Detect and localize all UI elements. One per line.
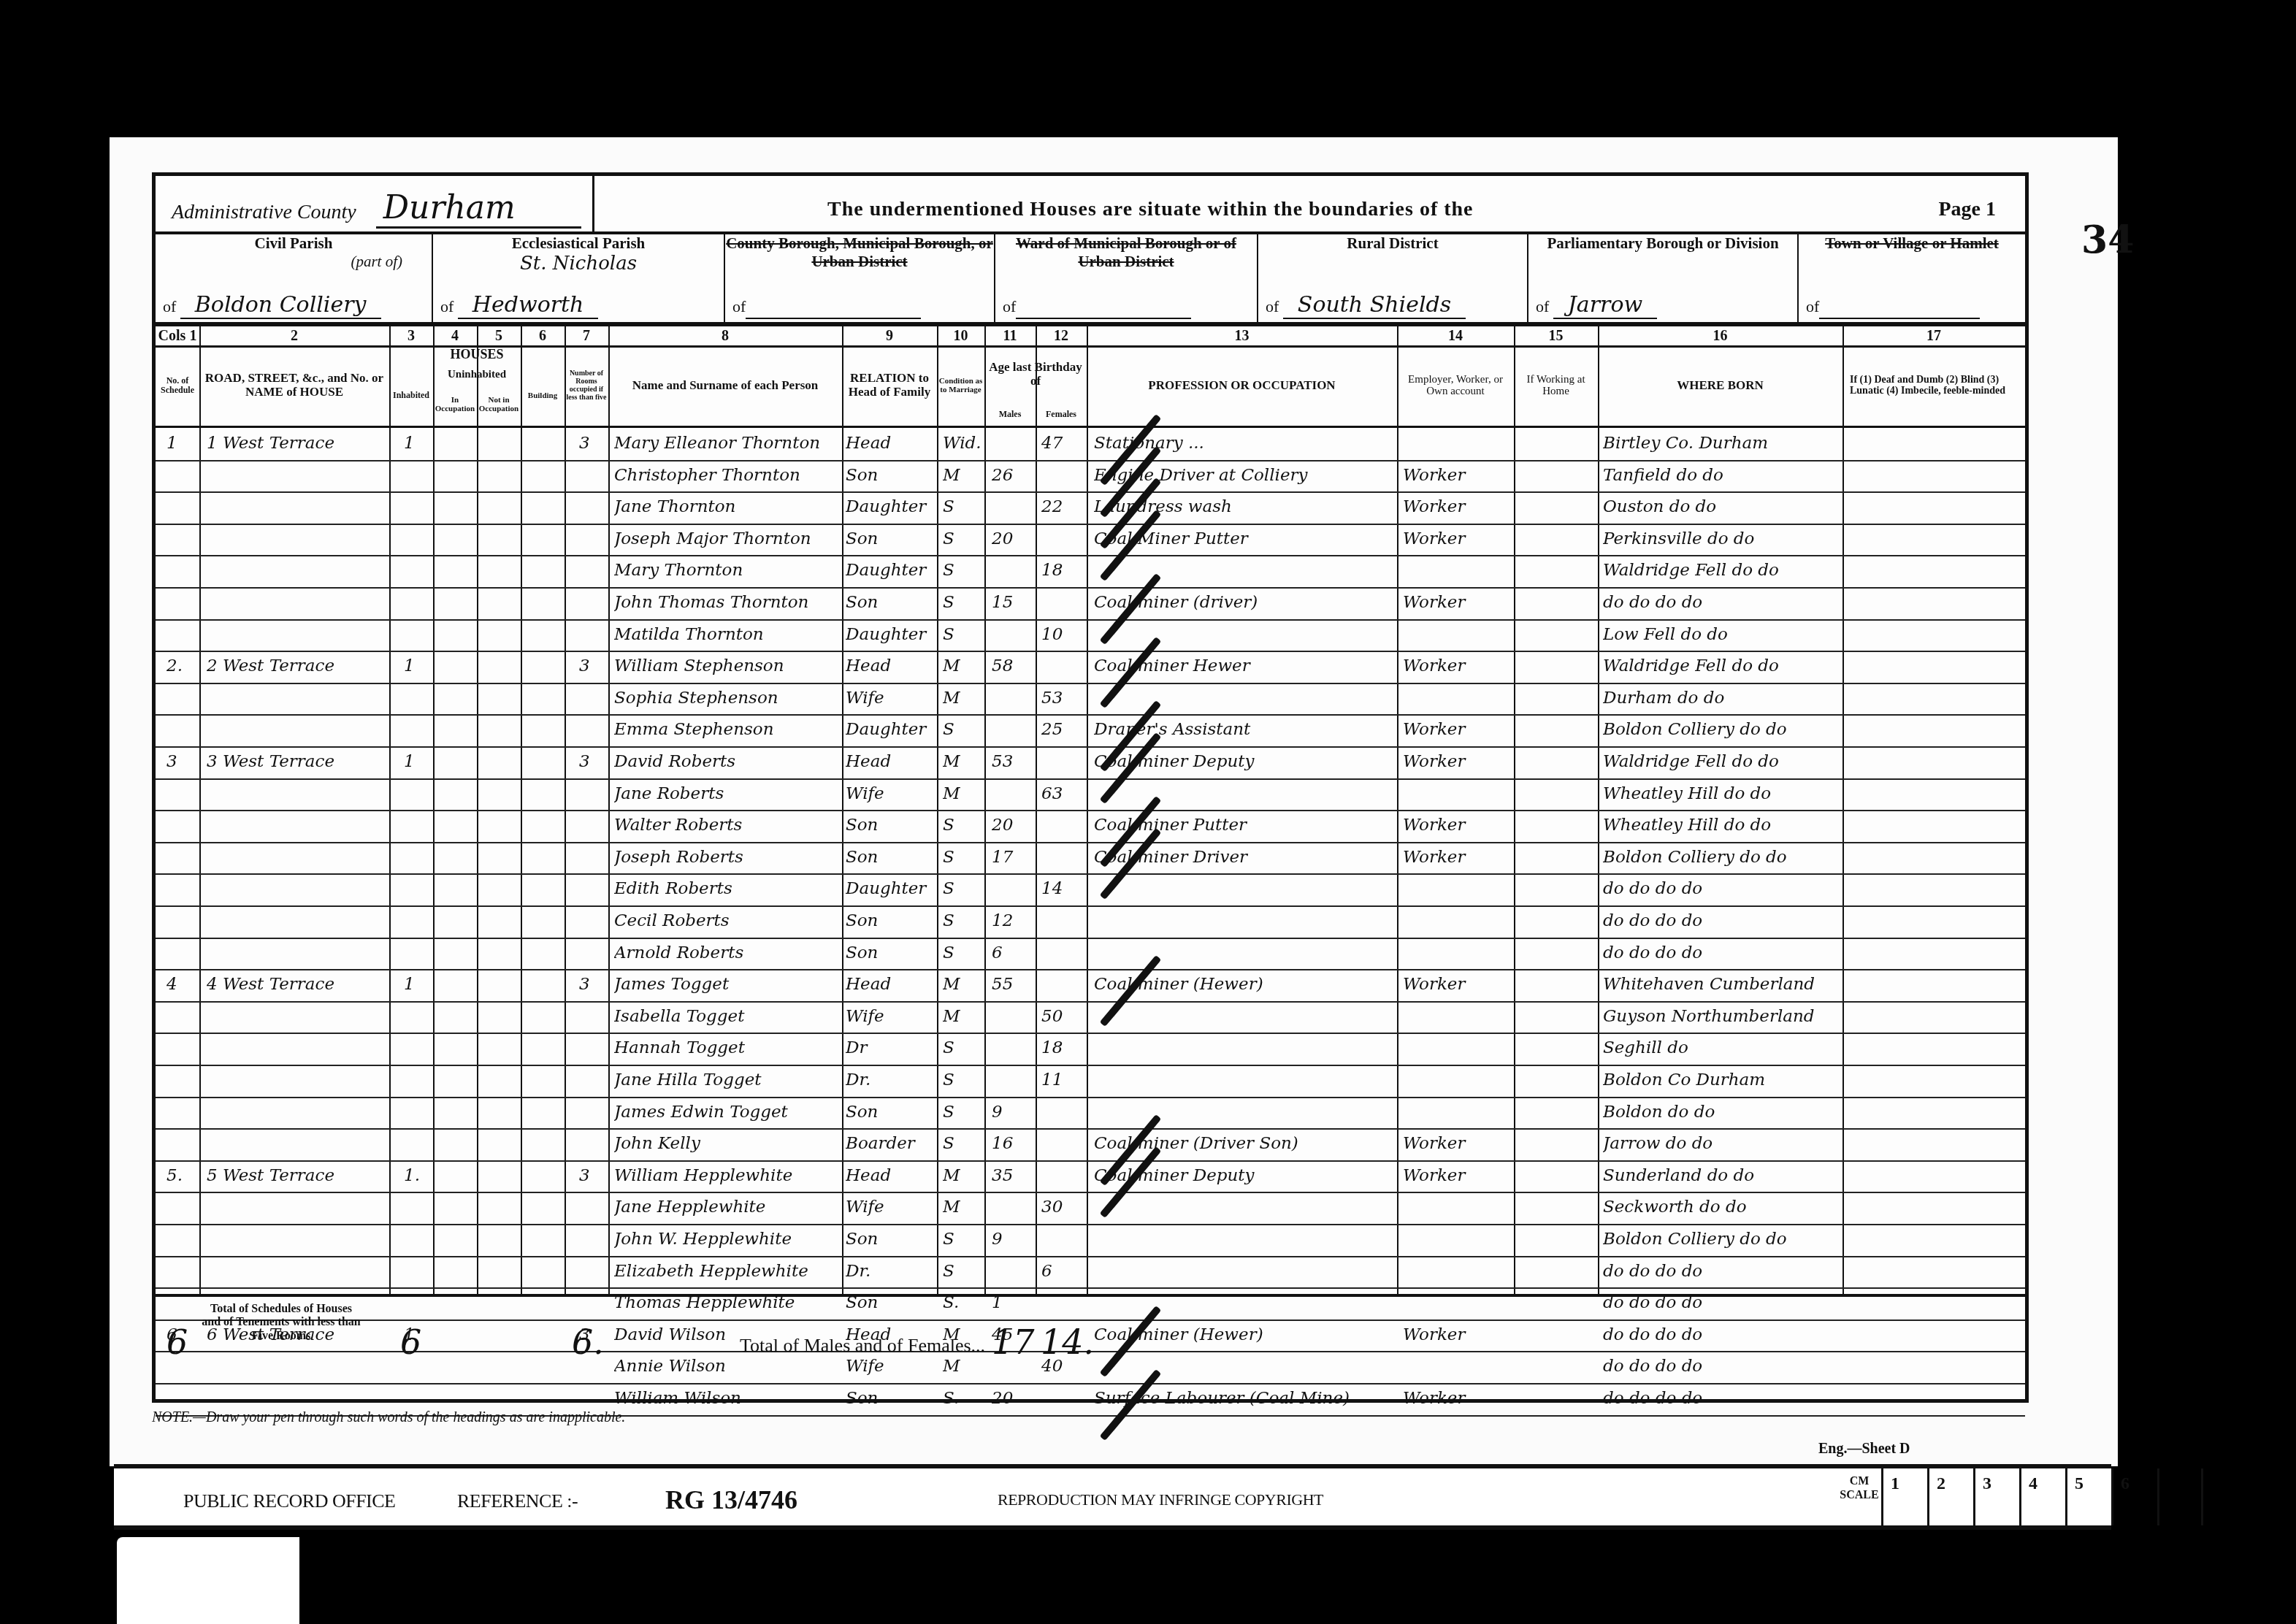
- col-males: Males: [984, 404, 1036, 426]
- cell-name: William Hepplewhite: [614, 1166, 837, 1185]
- area-value: of Boldon Colliery: [163, 292, 424, 318]
- cell-rooms: 3: [579, 656, 605, 675]
- col-num: 16: [1598, 326, 1842, 345]
- cell-name: Christopher Thornton: [614, 466, 837, 485]
- cell-inhabited: 1.: [404, 1166, 426, 1185]
- col-num: 6: [521, 326, 565, 345]
- table-row: Jane Hilla ToggetDr.S11Boldon Co Durham: [156, 1065, 2025, 1098]
- cell-inhabited: 1: [404, 752, 426, 771]
- table-row: Sophia StephensonWifeM53Durham do do: [156, 683, 2025, 716]
- cell-female-age: 50: [1041, 1007, 1082, 1026]
- table-row: 11 West Terrace13Mary Elleanor ThorntonH…: [156, 428, 2025, 461]
- cell-relation: Son: [846, 593, 933, 612]
- col-num: 11: [984, 326, 1036, 345]
- cell-condition: M: [943, 466, 983, 485]
- cell-where-born: Waldridge Fell do do: [1603, 752, 1840, 771]
- col-employment: Employer, Worker, or Own account: [1397, 345, 1514, 426]
- cell-where-born: Low Fell do do: [1603, 625, 1840, 644]
- cell-name: Arnold Roberts: [614, 943, 837, 962]
- cell-where-born: Wheatley Hill do do: [1603, 816, 1840, 835]
- col-num: 17: [1842, 326, 2025, 345]
- cell-where-born: Tanfield do do: [1603, 466, 1840, 485]
- cell-where-born: Boldon do do: [1603, 1103, 1840, 1122]
- scale-mark: [2157, 1468, 2203, 1525]
- admin-county-label: Administrative County: [172, 201, 356, 223]
- cell-where-born: Guyson Northumberland: [1603, 1007, 1840, 1026]
- borough-district: County Borough, Municipal Borough, or Ur…: [725, 234, 995, 322]
- area-qualifier: (part of): [156, 253, 432, 271]
- cell-male-age: 35: [992, 1166, 1032, 1185]
- col-rooms: Number of Rooms occupied if less than fi…: [565, 345, 608, 426]
- cell-male-age: 20: [992, 816, 1032, 835]
- cell-condition: S: [943, 848, 983, 867]
- cell-relation: Dr: [846, 1038, 933, 1057]
- cell-where-born: Jarrow do do: [1603, 1134, 1840, 1153]
- cell-schedule: 2.: [167, 656, 196, 675]
- total-label: Total of Males and of Females...: [740, 1335, 985, 1357]
- reference-number: RG 13/4746: [665, 1485, 797, 1515]
- cell-condition: M: [943, 784, 983, 803]
- cell-condition: S: [943, 529, 983, 548]
- col-num: 7: [565, 326, 608, 345]
- cell-name: Jane Roberts: [614, 784, 837, 803]
- totals-row: 6 Total of Schedules of Houses and of Te…: [156, 1294, 2025, 1399]
- cell-where-born: Wheatley Hill do do: [1603, 784, 1840, 803]
- cell-name: Edith Roberts: [614, 879, 837, 898]
- cell-where-born: Waldridge Fell do do: [1603, 656, 1840, 675]
- scale-mark: 5: [2065, 1468, 2111, 1525]
- cell-condition: S: [943, 1230, 983, 1249]
- divider: [592, 176, 594, 231]
- cell-rooms: 3: [579, 752, 605, 771]
- table-row: Cecil RobertsSonS12do do do do: [156, 905, 2025, 939]
- table-row: James Edwin ToggetSonS9Boldon do do: [156, 1097, 2025, 1130]
- archive-office: PUBLIC RECORD OFFICE: [183, 1490, 396, 1512]
- cell-condition: M: [943, 1166, 983, 1185]
- cell-where-born: do do do do: [1603, 911, 1840, 930]
- cell-condition: M: [943, 1198, 983, 1217]
- col-at-home: If Working at Home: [1514, 345, 1598, 426]
- ward: Ward of Municipal Borough or of Urban Di…: [995, 234, 1258, 322]
- col-name: Name and Surname of each Person: [608, 345, 842, 426]
- cell-relation: Dr.: [846, 1262, 933, 1281]
- col-num: 5: [477, 326, 521, 345]
- cell-name: Jane Hilla Togget: [614, 1070, 837, 1089]
- cell-employment: Worker: [1403, 720, 1511, 739]
- cell-name: Isabella Togget: [614, 1007, 837, 1026]
- cell-relation: Son: [846, 816, 933, 835]
- cell-relation: Son: [846, 529, 933, 548]
- area-label: Parliamentary Borough or Division: [1528, 234, 1797, 253]
- cell-inhabited: 1: [404, 656, 426, 675]
- cell-where-born: Boldon Colliery do do: [1603, 720, 1840, 739]
- cell-relation: Head: [846, 434, 933, 453]
- cell-where-born: Waldridge Fell do do: [1603, 561, 1840, 580]
- table-row: Isabella ToggetWifeM50Guyson Northumberl…: [156, 1001, 2025, 1035]
- col-num: 8: [608, 326, 842, 345]
- area-headings: Civil Parish (part of) of Boldon Collier…: [156, 234, 2025, 326]
- cell-schedule: 5.: [167, 1166, 196, 1185]
- cell-relation: Daughter: [846, 497, 933, 516]
- cell-condition: S: [943, 879, 983, 898]
- scale-mark: 4: [2019, 1468, 2065, 1525]
- cell-relation: Head: [846, 1166, 933, 1185]
- cell-male-age: 55: [992, 975, 1032, 994]
- census-form: Administrative County Durham The underme…: [152, 172, 2029, 1403]
- table-row: Arnold RobertsSonS6do do do do: [156, 938, 2025, 971]
- cell-where-born: Whitehaven Cumberland: [1603, 975, 1840, 994]
- cell-male-age: 26: [992, 466, 1032, 485]
- film-edge: [117, 1537, 299, 1624]
- area-label: Ward of Municipal Borough or of Urban Di…: [995, 234, 1257, 271]
- cell-condition: S: [943, 497, 983, 516]
- cell-condition: S: [943, 911, 983, 930]
- col-num: 10: [937, 326, 984, 345]
- town-village: Town or Village or Hamlet of: [1799, 234, 2025, 322]
- cell-relation: Wife: [846, 1007, 933, 1026]
- total-inhabited: 6: [400, 1322, 421, 1362]
- table-row: Hannah ToggetDrS18Seghill do: [156, 1033, 2025, 1066]
- cell-rooms: 3: [579, 1166, 605, 1185]
- column-headings: No. of Schedule ROAD, STREET, &c., and N…: [156, 345, 2025, 428]
- cell-name: Emma Stephenson: [614, 720, 837, 739]
- cell-name: John Kelly: [614, 1134, 837, 1153]
- cell-female-age: 18: [1041, 1038, 1082, 1057]
- cell-where-born: Sunderland do do: [1603, 1166, 1840, 1185]
- col-address: ROAD, STREET, &c., and No. or NAME of HO…: [199, 345, 389, 426]
- cell-male-age: 9: [992, 1230, 1032, 1249]
- cell-where-born: Seckworth do do: [1603, 1198, 1840, 1217]
- cell-male-age: 9: [992, 1103, 1032, 1122]
- cell-where-born: Boldon Colliery do do: [1603, 1230, 1840, 1249]
- cell-relation: Head: [846, 752, 933, 771]
- archive-strip: PUBLIC RECORD OFFICE REFERENCE :- RG 13/…: [114, 1464, 2111, 1530]
- ecclesiastical-parish: Ecclesiastical Parish St. Nicholas of He…: [433, 234, 725, 322]
- cell-schedule: 3: [167, 752, 196, 771]
- page-value: 1: [1986, 198, 1996, 221]
- area-value: of: [1806, 292, 2018, 318]
- cell-condition: M: [943, 975, 983, 994]
- cell-male-age: 53: [992, 752, 1032, 771]
- table-row: 2.2 West Terrace13William StephensonHead…: [156, 651, 2025, 684]
- area-sub: St. Nicholas: [433, 253, 724, 275]
- area-label: Rural District: [1258, 234, 1527, 253]
- area-label: Ecclesiastical Parish: [433, 234, 724, 253]
- cell-name: Mary Thornton: [614, 561, 837, 580]
- cell-address: 5 West Terrace: [207, 1166, 386, 1185]
- cell-schedule: 4: [167, 975, 196, 994]
- cell-relation: Wife: [846, 784, 933, 803]
- table-row: 44 West Terrace13James ToggetHeadM55Coal…: [156, 969, 2025, 1003]
- cell-employment: Worker: [1403, 1166, 1511, 1185]
- total-females: 14.: [1041, 1322, 1094, 1362]
- cell-female-age: 6: [1041, 1262, 1082, 1281]
- col-num: 12: [1036, 326, 1087, 345]
- cell-rooms: 3: [579, 975, 605, 994]
- table-row: Elizabeth HepplewhiteDr.S6do do do do: [156, 1256, 2025, 1290]
- cell-condition: S: [943, 816, 983, 835]
- area-label: Town or Village or Hamlet: [1799, 234, 2025, 253]
- column-numbers: Cols 1 2 3 4 5 6 7 8 9 10 11 12 13 14 15…: [156, 326, 2025, 348]
- table-row: John KellyBoarderS16Coal miner (Driver S…: [156, 1128, 2025, 1162]
- form-header: Administrative County Durham The underme…: [156, 176, 2025, 234]
- scale-mark: 6: [2111, 1468, 2157, 1525]
- total-schedules: 6: [167, 1322, 188, 1362]
- cell-relation: Boarder: [846, 1134, 933, 1153]
- cell-employment: Worker: [1403, 975, 1511, 994]
- cell-relation: Wife: [846, 1198, 933, 1217]
- cell-relation: Son: [846, 848, 933, 867]
- cell-condition: M: [943, 656, 983, 675]
- cell-relation: Dr.: [846, 1070, 933, 1089]
- table-row: Mary ThorntonDaughterS18Waldridge Fell d…: [156, 555, 2025, 589]
- cell-name: Walter Roberts: [614, 816, 837, 835]
- table-row: Emma StephensonDaughterS25Draper's Assis…: [156, 714, 2025, 748]
- copyright-notice: REPRODUCTION MAY INFRINGE COPYRIGHT: [998, 1490, 1323, 1509]
- rural-district: Rural District of South Shields: [1258, 234, 1528, 322]
- cell-where-born: Boldon Co Durham: [1603, 1070, 1840, 1089]
- cell-name: Joseph Roberts: [614, 848, 837, 867]
- cell-relation: Daughter: [846, 625, 933, 644]
- cell-condition: M: [943, 752, 983, 771]
- cell-employment: Worker: [1403, 497, 1511, 516]
- area-label: Civil Parish: [156, 234, 432, 253]
- cell-name: James Edwin Togget: [614, 1103, 837, 1122]
- cell-condition: S: [943, 1038, 983, 1057]
- cell-relation: Daughter: [846, 561, 933, 580]
- table-row: Matilda ThorntonDaughterS10Low Fell do d…: [156, 619, 2025, 653]
- table-row: Walter RobertsSonS20Coal miner PutterWor…: [156, 810, 2025, 843]
- cell-schedule: 1: [167, 434, 196, 453]
- cell-employment: Worker: [1403, 752, 1511, 771]
- table-row: Jane RobertsWifeM63Wheatley Hill do do: [156, 778, 2025, 812]
- cell-where-born: Birtley Co. Durham: [1603, 434, 1840, 453]
- cm-scale: CM SCALE 1 2 3 4 5 6: [1837, 1468, 2203, 1525]
- cell-name: John Thomas Thornton: [614, 593, 837, 612]
- table-row: Edith RobertsDaughterS14do do do do: [156, 873, 2025, 907]
- cell-male-age: 20: [992, 529, 1032, 548]
- cell-relation: Son: [846, 1230, 933, 1249]
- cell-relation: Son: [846, 943, 933, 962]
- cell-female-age: 22: [1041, 497, 1082, 516]
- cell-condition: S: [943, 1262, 983, 1281]
- col-num: 9: [842, 326, 937, 345]
- cell-employment: Worker: [1403, 593, 1511, 612]
- cell-name: Hannah Togget: [614, 1038, 837, 1057]
- cell-relation: Son: [846, 911, 933, 930]
- col-where-born: WHERE BORN: [1598, 345, 1842, 426]
- cell-where-born: Perkinsville do do: [1603, 529, 1840, 548]
- cell-relation: Son: [846, 1103, 933, 1122]
- cell-name: Jane Hepplewhite: [614, 1198, 837, 1217]
- total-rooms: 6.: [572, 1322, 604, 1362]
- cell-female-age: 63: [1041, 784, 1082, 803]
- scale-mark: 3: [1973, 1468, 2019, 1525]
- cell-condition: S: [943, 1134, 983, 1153]
- cell-employment: Worker: [1403, 656, 1511, 675]
- cell-female-age: 14: [1041, 879, 1082, 898]
- cell-employment: Worker: [1403, 466, 1511, 485]
- cell-condition: S: [943, 625, 983, 644]
- reference-label: REFERENCE :-: [457, 1490, 578, 1512]
- cell-where-born: Ouston do do: [1603, 497, 1840, 516]
- cell-male-age: 6: [992, 943, 1032, 962]
- cell-condition: Wid.: [943, 434, 983, 453]
- area-label: County Borough, Municipal Borough, or Ur…: [725, 234, 994, 271]
- col-num: 4: [433, 326, 477, 345]
- parliamentary-division: Parliamentary Borough or Division of Jar…: [1528, 234, 1799, 322]
- col-infirmity: If (1) Deaf and Dumb (2) Blind (3) Lunat…: [1842, 345, 2025, 426]
- cell-where-born: Boldon Colliery do do: [1603, 848, 1840, 867]
- col-relation: RELATION to Head of Family: [842, 345, 937, 426]
- col-num: 2: [199, 326, 389, 345]
- scale-mark: 1: [1881, 1468, 1927, 1525]
- col-num: 13: [1087, 326, 1397, 345]
- cell-where-born: do do do do: [1603, 593, 1840, 612]
- table-row: 5.5 West Terrace1.3William HepplewhiteHe…: [156, 1160, 2025, 1194]
- cell-relation: Daughter: [846, 879, 933, 898]
- cell-male-age: 17: [992, 848, 1032, 867]
- cell-condition: S: [943, 943, 983, 962]
- cell-name: Jane Thornton: [614, 497, 837, 516]
- cell-where-born: do do do do: [1603, 879, 1840, 898]
- col-occupation: PROFESSION OR OCCUPATION: [1087, 345, 1397, 426]
- form-note: NOTE.—Draw your pen through such words o…: [152, 1409, 625, 1426]
- folio-mark: 34: [2081, 218, 2134, 262]
- col-num: 3: [389, 326, 433, 345]
- col-not-in-occupation: Not in Occupation: [477, 383, 521, 426]
- cell-condition: S: [943, 1103, 983, 1122]
- civil-parish: Civil Parish (part of) of Boldon Collier…: [156, 234, 433, 322]
- cell-relation: Son: [846, 466, 933, 485]
- total-schedules-label: Total of Schedules of Houses and of Tene…: [201, 1303, 361, 1343]
- table-row: Jane ThorntonDaughterS22Laundress washWo…: [156, 491, 2025, 525]
- cell-name: David Roberts: [614, 752, 837, 771]
- census-sheet: Administrative County Durham The underme…: [110, 137, 2118, 1466]
- cell-employment: Worker: [1403, 529, 1511, 548]
- cell-inhabited: 1: [404, 434, 426, 453]
- cell-condition: S: [943, 561, 983, 580]
- cell-name: Matilda Thornton: [614, 625, 837, 644]
- table-row: Christopher ThorntonSonM26Engine Driver …: [156, 460, 2025, 494]
- table-row: John W. HepplewhiteSonS9Boldon Colliery …: [156, 1224, 2025, 1257]
- cell-relation: Daughter: [846, 720, 933, 739]
- cell-address: 3 West Terrace: [207, 752, 386, 771]
- cell-name: Joseph Major Thornton: [614, 529, 837, 548]
- cell-name: William Stephenson: [614, 656, 837, 675]
- cell-condition: S: [943, 1070, 983, 1089]
- page-label: Page: [1938, 198, 1981, 221]
- cell-name: Sophia Stephenson: [614, 689, 837, 708]
- cell-employment: Worker: [1403, 816, 1511, 835]
- cell-male-age: 15: [992, 593, 1032, 612]
- admin-county-value: Durham: [376, 189, 581, 229]
- area-value: of Jarrow: [1536, 292, 1790, 318]
- cell-female-age: 10: [1041, 625, 1082, 644]
- sheet-id: Eng.—Sheet D: [1818, 1441, 1910, 1458]
- cell-male-age: 16: [992, 1134, 1032, 1153]
- page-number: Page 1: [1938, 198, 1996, 221]
- col-building: Building: [521, 366, 565, 426]
- cell-male-age: 58: [992, 656, 1032, 675]
- cell-name: James Togget: [614, 975, 837, 994]
- cell-inhabited: 1: [404, 975, 426, 994]
- cell-name: Elizabeth Hepplewhite: [614, 1262, 837, 1281]
- cell-female-age: 30: [1041, 1198, 1082, 1217]
- col-condition: Condition as to Marriage: [937, 345, 984, 426]
- cell-female-age: 11: [1041, 1070, 1082, 1089]
- cell-where-born: do do do do: [1603, 1262, 1840, 1281]
- scale-label: CM SCALE: [1837, 1468, 1881, 1525]
- cell-address: 2 West Terrace: [207, 656, 386, 675]
- boundary-note: The undermentioned Houses are situate wi…: [827, 198, 1474, 221]
- cell-employment: Worker: [1403, 848, 1511, 867]
- cell-condition: S: [943, 593, 983, 612]
- cell-male-age: 12: [992, 911, 1032, 930]
- cell-female-age: 53: [1041, 689, 1082, 708]
- cell-condition: M: [943, 1007, 983, 1026]
- cell-rooms: 3: [579, 434, 605, 453]
- cell-address: 1 West Terrace: [207, 434, 386, 453]
- cell-condition: M: [943, 689, 983, 708]
- col-num: 15: [1514, 326, 1598, 345]
- cell-where-born: Seghill do: [1603, 1038, 1840, 1057]
- area-value: of: [732, 292, 987, 318]
- scale-mark: 2: [1927, 1468, 1973, 1525]
- col-inhabited: Inhabited: [389, 366, 433, 426]
- cell-relation: Wife: [846, 689, 933, 708]
- administrative-county: Administrative County Durham: [172, 189, 581, 226]
- total-males: 17: [992, 1322, 1035, 1362]
- cell-name: Mary Elleanor Thornton: [614, 434, 837, 453]
- cell-where-born: Durham do do: [1603, 689, 1840, 708]
- col-num: Cols 1: [156, 326, 199, 345]
- cell-name: John W. Hepplewhite: [614, 1230, 837, 1249]
- table-row: Joseph RobertsSonS17Coal miner DriverWor…: [156, 842, 2025, 876]
- table-row: Jane HepplewhiteWifeM30Seckworth do do: [156, 1192, 2025, 1225]
- table-row: Joseph Major ThorntonSonS20Coal Miner Pu…: [156, 524, 2025, 557]
- cell-female-age: 47: [1041, 434, 1082, 453]
- cell-relation: Head: [846, 656, 933, 675]
- table-row: 33 West Terrace13David RobertsHeadM53Coa…: [156, 746, 2025, 780]
- area-value: of Hedworth: [440, 292, 716, 318]
- cell-female-age: 25: [1041, 720, 1082, 739]
- cell-address: 4 West Terrace: [207, 975, 386, 994]
- table-row: John Thomas ThorntonSonS15Coal miner (dr…: [156, 587, 2025, 621]
- col-num: 14: [1397, 326, 1514, 345]
- col-schedule: No. of Schedule: [156, 345, 199, 426]
- cell-where-born: do do do do: [1603, 943, 1840, 962]
- cell-female-age: 18: [1041, 561, 1082, 580]
- area-value: of: [1003, 292, 1250, 318]
- cell-name: Cecil Roberts: [614, 911, 837, 930]
- cell-employment: Worker: [1403, 1134, 1511, 1153]
- area-value: of South Shields: [1266, 292, 1520, 318]
- col-females: Females: [1036, 404, 1087, 426]
- cell-relation: Head: [846, 975, 933, 994]
- cell-condition: S: [943, 720, 983, 739]
- col-in-occupation: In Occupation: [433, 383, 477, 426]
